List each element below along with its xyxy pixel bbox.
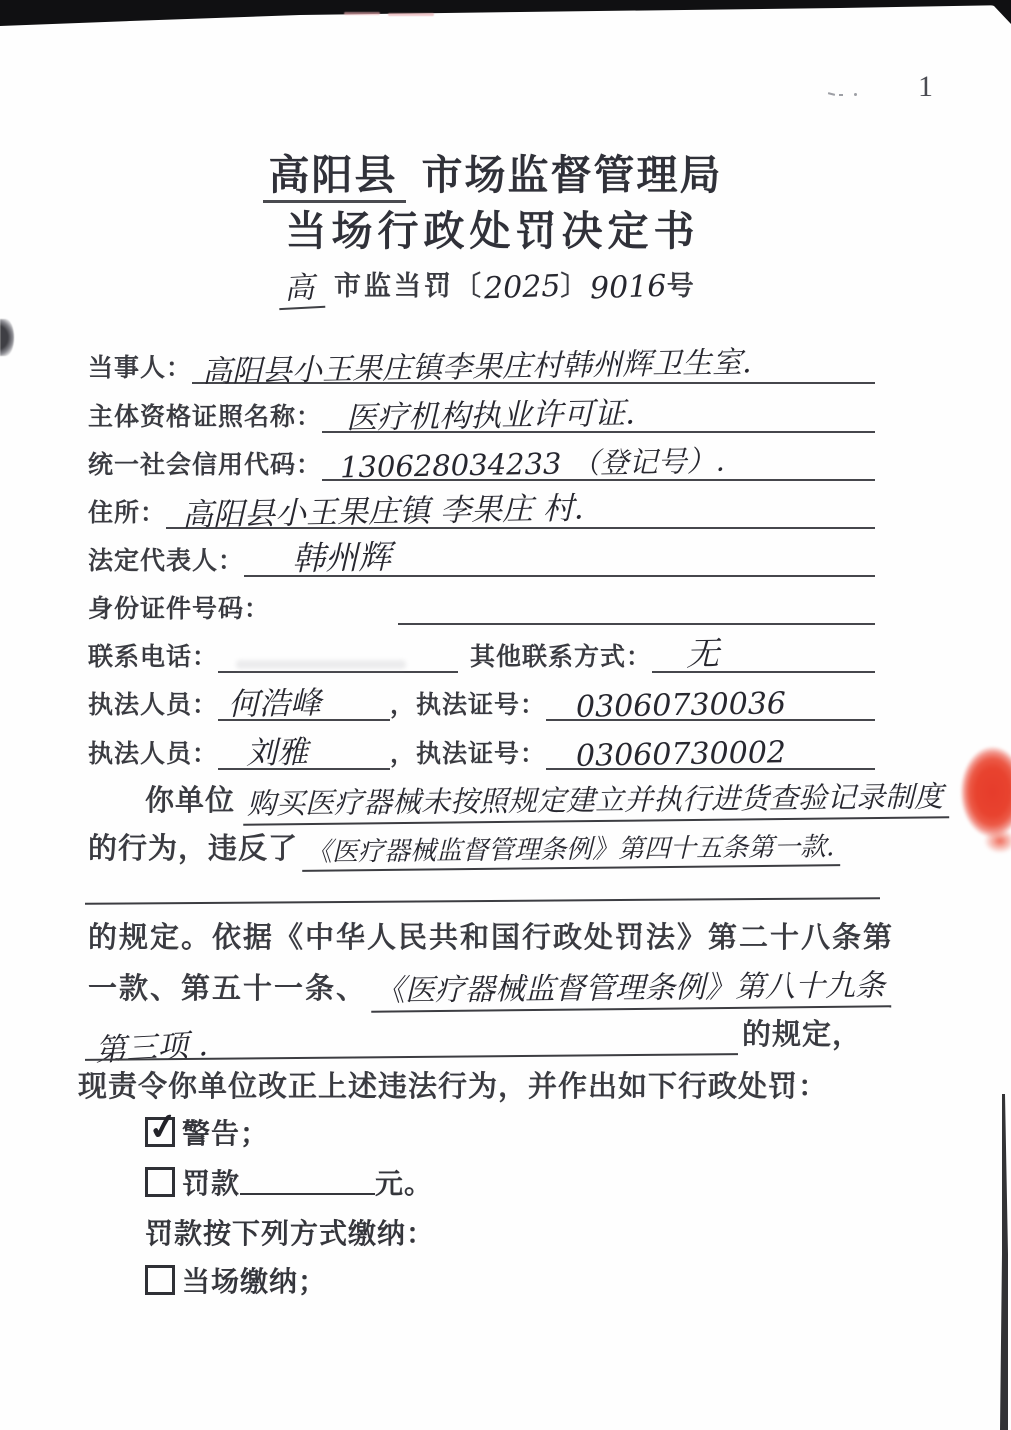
field-value-handwritten: 130628034233 （登记号）. [340,439,726,487]
field-label: ，执法证号： [390,685,546,721]
penalty-option-fine: 罚款 元。 [145,1162,433,1202]
document-number: 高 市监当罚〔2025〕9016号 [0,260,975,306]
field-officer-1: 执法人员： 何浩峰 ，执法证号： 03060730036 [88,685,875,721]
penalty-option-label: 罚款 [182,1162,240,1202]
officer-name-handwritten: 何浩峰 [228,677,322,724]
field-credit-code: 统一社会信用代码： 130628034233 （登记号）. [88,445,875,481]
field-value-handwritten: 高阳县小王果庄镇 李果庄 村. [182,482,584,534]
payment-option-label: 当场缴纳； [182,1260,327,1300]
field-underline: 何浩峰 [218,685,390,721]
basis-regulation-handwritten: 《医疗器械监督管理条例》第八十九条 [371,960,891,1012]
field-label: 法定代表人： [88,541,244,577]
agency-name-rest: 市场监督管理局 [422,152,723,198]
payment-option-onsite: 当场缴纳； [145,1260,327,1300]
redacted-blank [270,591,398,625]
penalty-option-label: 警告； [182,1112,269,1152]
field-label: 执法人员： [88,685,218,721]
field-underline: 医疗机构执业许可证. [322,397,875,433]
agency-name-underlined: 高阳县 [263,152,406,203]
checkbox-onsite-unchecked [145,1265,175,1295]
field-underline: 韩州辉 [244,541,875,577]
violated-clause-handwritten: 《医疗器械监督管理条例》第四十五条第一款. [302,826,841,872]
field-address: 住所： 高阳县小王果庄镇 李果庄 村. [88,493,875,529]
scan-edge-artifact-right [998,1094,1011,1430]
docno-printed: 号 [667,271,697,301]
empty-writing-line [85,897,880,905]
violation-handwritten: 购买医疗器械未按照规定建立并执行进货查验记录制度 [243,774,949,825]
erased-smudge [236,660,406,669]
field-label: 执法人员： [88,734,218,770]
violation-paragraph-line1: 你单位 购买医疗器械未按照规定建立并执行进货查验记录制度 [145,778,949,822]
scan-artifact-left-edge [0,319,14,356]
field-party: 当事人： 高阳县小王果庄镇李果庄村韩州辉卫生室. [88,348,875,384]
field-label: ，执法证号： [390,734,546,770]
field-value-handwritten: 无 [686,628,720,676]
payment-method-header: 罚款按下列方式缴纳： [145,1212,435,1252]
field-underline: 无 [652,637,875,673]
document-title: 当场行政处罚决定书 [0,198,985,257]
field-label: 其他联系方式： [470,637,652,673]
scanned-document-page: 1 高阳县市场监督管理局 当场行政处罚决定书 高 市监当罚〔2025〕9016号… [0,0,1011,1430]
page-number: 1 [918,70,933,104]
docno-hand-serial: 9016 [590,269,668,307]
field-underline: 刘雅 [218,734,390,770]
field-underline: 高阳县小王果庄镇李果庄村韩州辉卫生室. [192,348,875,384]
agency-title: 高阳县市场监督管理局 [0,142,985,201]
field-value-handwritten: 高阳县小王果庄镇李果庄村韩州辉卫生室. [202,337,752,391]
field-phone: 联系电话： 其他联系方式： 无 [88,637,875,673]
legal-basis-line2: 一款、第五十一条、 《医疗器械监督管理条例》第八十九条 [88,963,891,1010]
field-id-number: 身份证件号码： [88,589,875,625]
field-legal-rep: 法定代表人： 韩州辉 [88,541,875,577]
officer-cert-handwritten: 03060730036 [576,686,787,725]
body-printed: 现责令你单位改正上述违法行为，并作出如下行政处罚： [78,1071,828,1103]
body-printed: 的规定， [742,1019,862,1051]
field-underline: 03060730036 [546,685,875,721]
docno-printed: 市监当罚〔 [334,271,484,301]
body-printed: 的规定。依据《中华人民共和国行政处罚法》第二十八条第 [88,922,894,954]
officer-cert-handwritten: 03060730002 [576,735,787,774]
field-underline: 高阳县小王果庄镇 李果庄 村. [166,493,875,529]
field-label: 身份证件号码： [88,589,270,625]
field-label: 主体资格证照名称： [88,397,322,433]
field-label: 住所： [88,493,166,529]
payment-header-label: 罚款按下列方式缴纳： [145,1212,435,1252]
check-mark-icon: ✓ [145,1104,181,1150]
basis-item-handwritten: 第三项 . [94,1019,209,1070]
penalty-option-warning: ✓ 警告； [145,1112,269,1152]
field-value-handwritten: 韩州辉 [292,531,392,580]
stray-red-mark [388,13,434,16]
body-printed: 的行为，违反了 [88,833,298,865]
stray-red-mark [344,12,380,15]
checkbox-warning-checked: ✓ [145,1117,175,1147]
field-label: 联系电话： [88,637,218,673]
field-value-handwritten: 医疗机构执业许可证. [346,387,636,437]
field-label: 统一社会信用代码： [88,445,322,481]
field-underline [398,589,875,625]
body-printed: 你单位 [145,785,235,817]
field-underline [218,637,458,673]
field-officer-2: 执法人员： 刘雅 ，执法证号： 03060730002 [88,734,875,770]
fine-amount-blank [240,1169,375,1195]
officer-name-handwritten: 刘雅 [246,726,309,772]
legal-basis-line3: 的规定， [742,1012,862,1053]
pencil-marks [828,90,868,98]
penalty-option-label: 元。 [375,1162,433,1202]
field-underline: 130628034233 （登记号）. [322,445,875,481]
docno-hand-prefix: 高 [277,262,325,310]
field-underline: 03060730002 [546,734,875,770]
docno-printed: 〕 [560,271,590,301]
violation-paragraph-line2: 的行为，违反了 《医疗器械监督管理条例》第四十五条第一款. [88,826,840,869]
body-printed: 一款、第五十一条、 [88,973,367,1005]
field-label: 当事人： [88,348,192,384]
docno-hand-year: 2025 [483,269,561,307]
order-line: 现责令你单位改正上述违法行为，并作出如下行政处罚： [78,1064,828,1105]
red-stamp-smudge [983,828,1011,854]
field-license-name: 主体资格证照名称： 医疗机构执业许可证. [88,397,875,433]
checkbox-fine-unchecked [145,1167,175,1197]
scan-edge-artifact-top [0,0,1011,32]
legal-basis-line1: 的规定。依据《中华人民共和国行政处罚法》第二十八条第 [88,915,894,956]
